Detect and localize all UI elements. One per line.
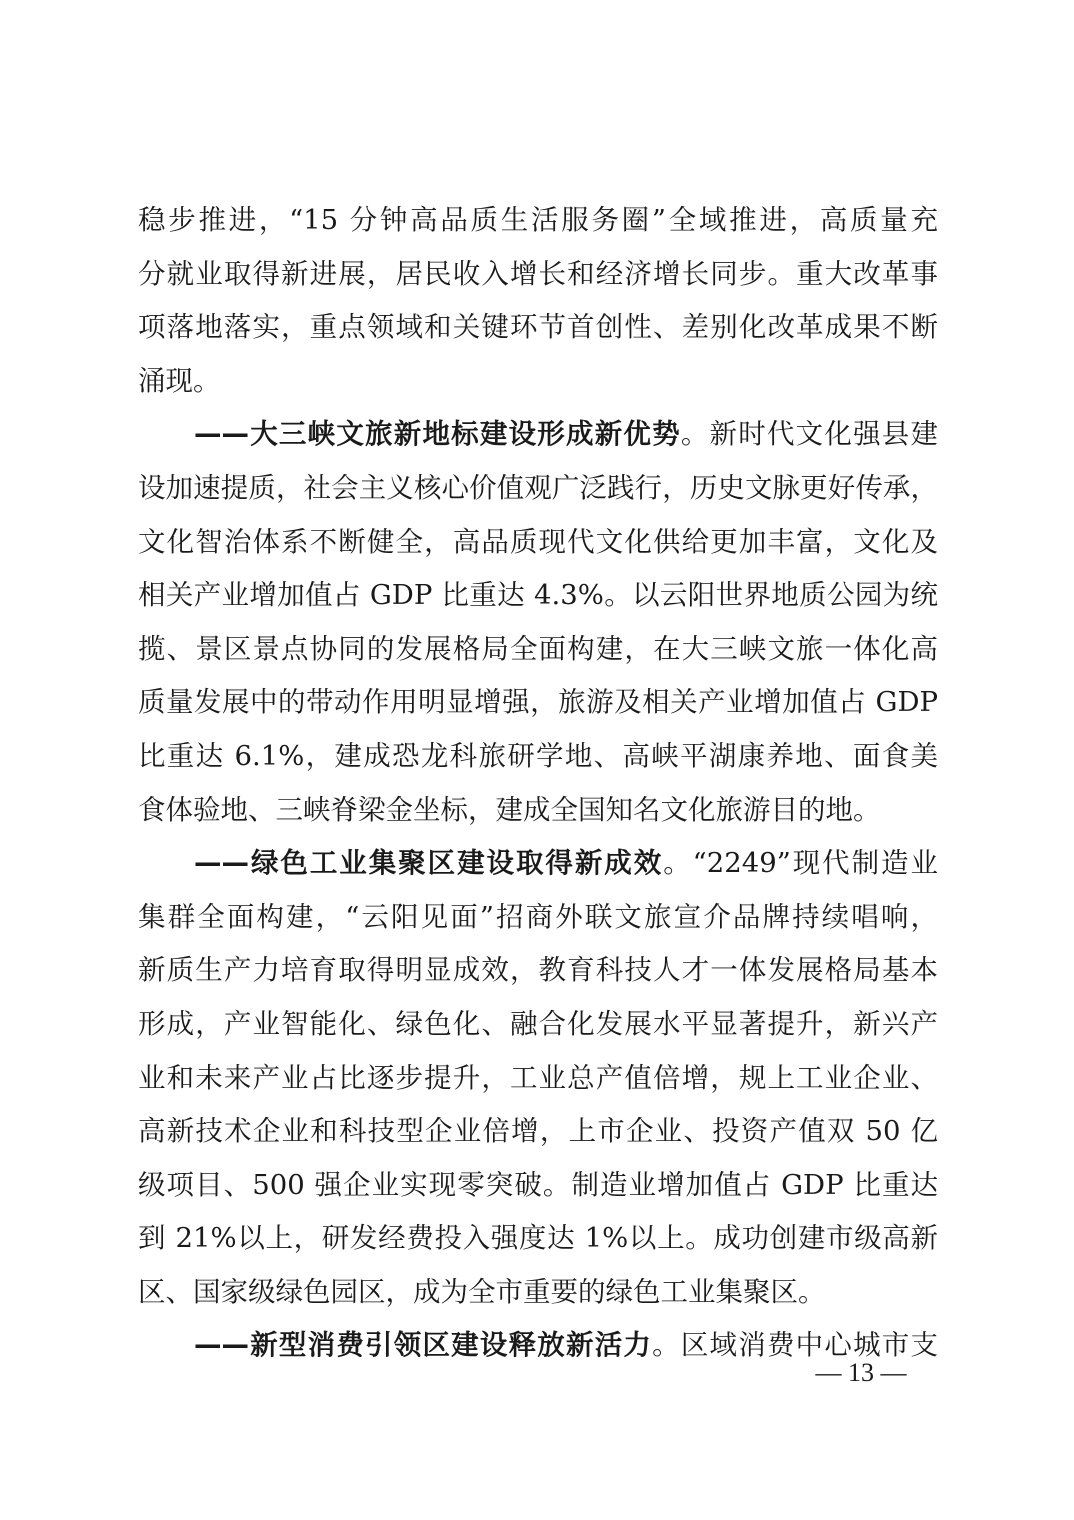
text-line: 相关产业增加值占 GDP 比重达 4.3%。以云阳世界地质公园为统 bbox=[138, 569, 938, 623]
text-line: 级项目、500 强企业实现零突破。制造业增加值占 GDP 比重达 bbox=[138, 1159, 938, 1213]
text-line: 比重达 6.1%，建成恐龙科旅研学地、高峡平湖康养地、面食美 bbox=[138, 730, 938, 784]
text-line: 食体验地、三峡脊梁金坐标，建成全国知名文化旅游目的地。 bbox=[138, 784, 938, 838]
text-span: 。新时代文化强县建 bbox=[681, 418, 938, 450]
section-heading-line: ——大三峡文旅新地标建设形成新优势。新时代文化强县建 bbox=[138, 408, 938, 462]
section-heading: ——绿色工业集聚区建设取得新成效 bbox=[194, 847, 663, 879]
text-line: 设加速提质，社会主义核心价值观广泛践行，历史文脉更好传承， bbox=[138, 462, 938, 516]
section-heading: ——新型消费引领区建设释放新活力 bbox=[194, 1329, 652, 1361]
text-line: 高新技术企业和科技型企业倍增，上市企业、投资产值双 50 亿 bbox=[138, 1105, 938, 1159]
text-span: 。区域消费中心城市支 bbox=[652, 1329, 938, 1361]
text-line: 集群全面构建，“云阳见面”招商外联文旅宣介品牌持续唱响， bbox=[138, 891, 938, 945]
page-number: — 13 — bbox=[806, 1358, 916, 1388]
text-line: 分就业取得新进展，居民收入增长和经济增长同步。重大改革事 bbox=[138, 248, 938, 302]
text-line: 业和未来产业占比逐步提升，工业总产值倍增，规上工业企业、 bbox=[138, 1052, 938, 1106]
section-heading-line: ——绿色工业集聚区建设取得新成效。“2249”现代制造业 bbox=[138, 837, 938, 891]
text-line: 区、国家级绿色园区，成为全市重要的绿色工业集聚区。 bbox=[138, 1266, 938, 1320]
text-line: 形成，产业智能化、绿色化、融合化发展水平显著提升，新兴产 bbox=[138, 998, 938, 1052]
text-line: 质量发展中的带动作用明显增强，旅游及相关产业增加值占 GDP bbox=[138, 676, 938, 730]
text-line: 到 21%以上，研发经费投入强度达 1%以上。成功创建市级高新 bbox=[138, 1212, 938, 1266]
text-line: 新质生产力培育取得明显成效，教育科技人才一体发展格局基本 bbox=[138, 944, 938, 998]
text-line: 涌现。 bbox=[138, 355, 938, 409]
document-page: 稳步推进，“15 分钟高品质生活服务圈”全域推进，高质量充 分就业取得新进展，居… bbox=[138, 194, 938, 1373]
text-line: 稳步推进，“15 分钟高品质生活服务圈”全域推进，高质量充 bbox=[138, 194, 938, 248]
text-line: 文化智治体系不断健全，高品质现代文化供给更加丰富，文化及 bbox=[138, 516, 938, 570]
section-heading: ——大三峡文旅新地标建设形成新优势 bbox=[194, 418, 681, 450]
text-line: 揽、景区景点协同的发展格局全面构建，在大三峡文旅一体化高 bbox=[138, 623, 938, 677]
text-line: 项落地落实，重点领域和关键环节首创性、差别化改革成果不断 bbox=[138, 301, 938, 355]
text-span: 。“2249”现代制造业 bbox=[663, 847, 938, 879]
